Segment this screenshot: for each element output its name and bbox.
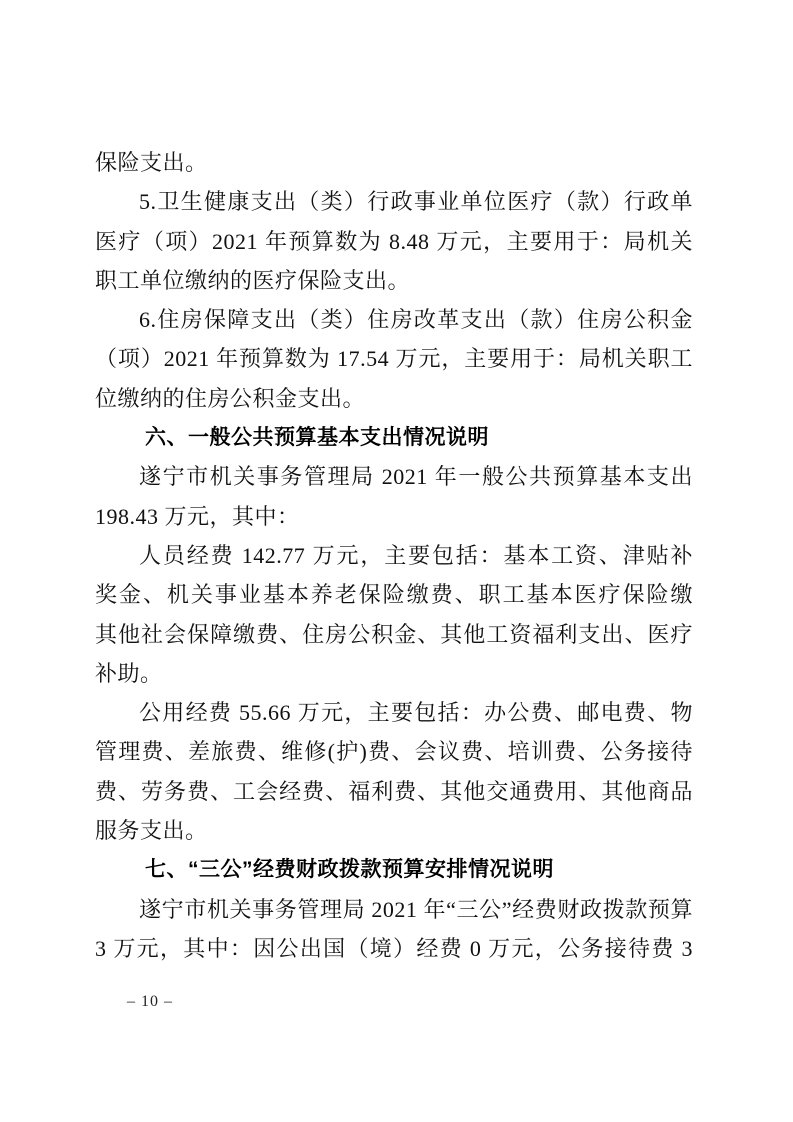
text-line: 3 万元，其中：因公出国（境）经费 0 万元，公务接待费 3 万 — [95, 929, 693, 968]
page-number: – 10 – — [127, 993, 173, 1011]
text-line: 医疗（项）2021 年预算数为 8.48 万元，主要用于：局机关在职 — [95, 222, 693, 261]
text-line: 管理费、差旅费、维修(护)费、会议费、培训费、公务接待 — [95, 732, 693, 771]
text-line: 遂宁市机关事务管理局 2021 年一般公共预算基本支出 — [95, 457, 693, 496]
text-line: 职工单位缴纳的医疗保险支出。 — [95, 261, 693, 300]
text-line: 其他社会保障缴费、住房公积金、其他工资福利支出、医疗费 — [95, 615, 693, 654]
text-line: 遂宁市机关事务管理局 2021 年“三公”经费财政拨款预算数 — [95, 890, 693, 929]
text-line: 人员经费 142.77 万元，主要包括：基本工资、津贴补贴、 — [95, 536, 693, 575]
text-line: 位缴纳的住房公积金支出。 — [95, 379, 693, 418]
document-page: 保险支出。 5.卫生健康支出（类）行政事业单位医疗（款）行政单位 医疗（项）20… — [0, 0, 793, 1122]
text-line: （项）2021 年预算数为 17.54 万元，主要用于：局机关职工单 — [95, 339, 693, 378]
text-line: 补助。 — [95, 654, 693, 693]
document-body: 保险支出。 5.卫生健康支出（类）行政事业单位医疗（款）行政单位 医疗（项）20… — [95, 143, 693, 968]
text-line: 公用经费 55.66 万元，主要包括：办公费、邮电费、物业 — [95, 693, 693, 732]
text-line: 服务支出。 — [95, 811, 693, 850]
text-line: 保险支出。 — [95, 143, 693, 182]
text-line: 奖金、机关事业基本养老保险缴费、职工基本医疗保险缴费、 — [95, 575, 693, 614]
text-line: 6.住房保障支出（类）住房改革支出（款）住房公积金 — [95, 300, 693, 339]
text-line: 5.卫生健康支出（类）行政事业单位医疗（款）行政单位 — [95, 182, 693, 221]
section-heading-seven: 七、“三公”经费财政拨款预算安排情况说明 — [95, 850, 693, 889]
section-heading-six: 六、一般公共预算基本支出情况说明 — [95, 418, 693, 457]
text-line: 198.43 万元，其中： — [95, 497, 693, 536]
text-line: 费、劳务费、工会经费、福利费、其他交通费用、其他商品和 — [95, 772, 693, 811]
